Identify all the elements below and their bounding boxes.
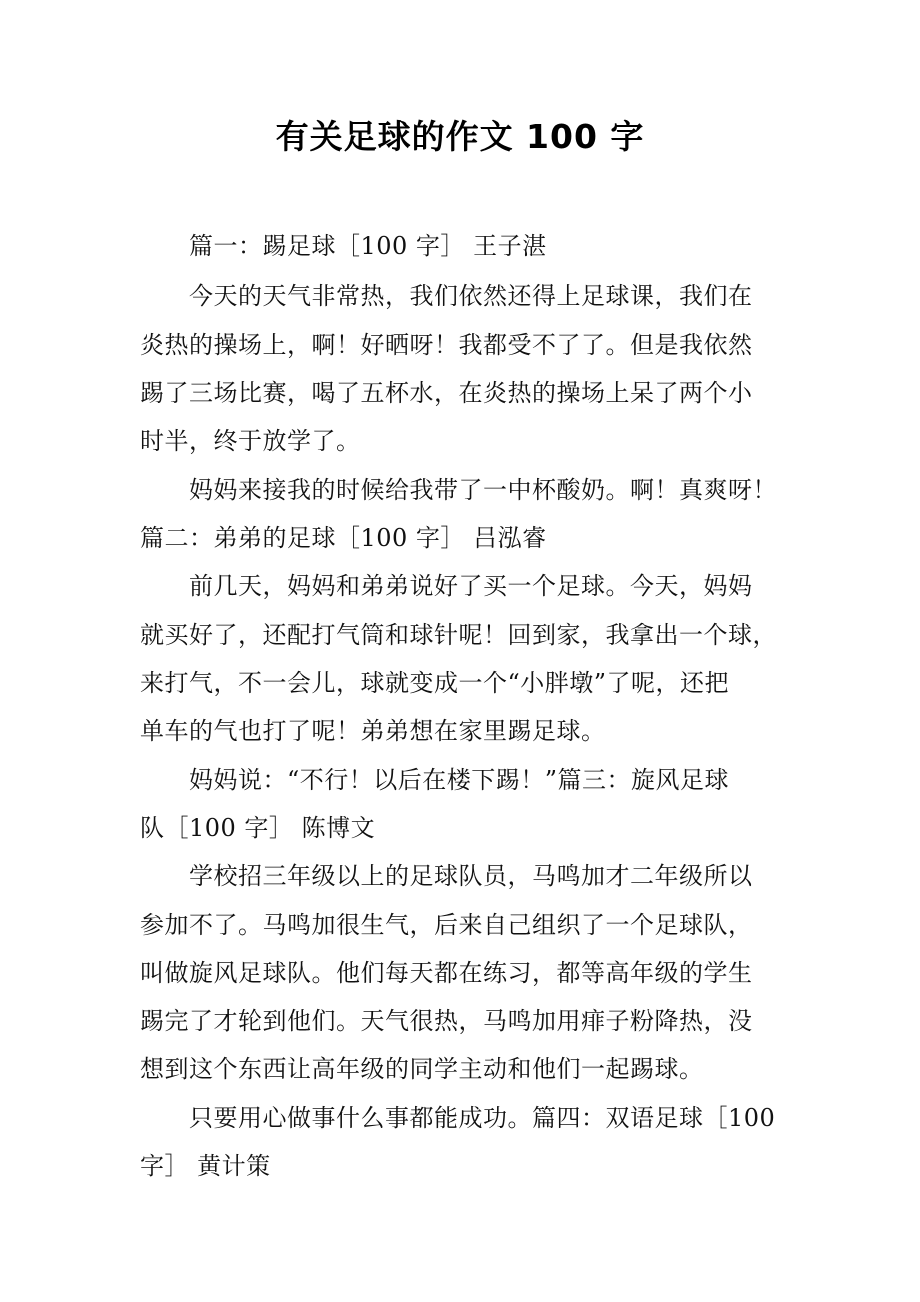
paragraph-line: 妈妈说：“不行！以后在楼下踢！”篇三：旋风足球 xyxy=(189,764,729,796)
paragraph-line: 就买好了，还配打气筒和球针呢！回到家，我拿出一个球， xyxy=(140,619,777,651)
document-page: 有关足球的作文 100 字 篇一：踢足球［100 字］ 王子湛 今天的天气非常热… xyxy=(0,0,920,1302)
heading-essay-2: 篇二：弟弟的足球［100 字］ 吕泓睿 xyxy=(140,522,547,554)
document-title: 有关足球的作文 100 字 xyxy=(0,112,920,162)
paragraph-line: 今天的天气非常热，我们依然还得上足球课，我们在 xyxy=(189,280,753,312)
paragraph-line: 踢了三场比赛，喝了五杯水，在炎热的操场上呆了两个小 xyxy=(140,377,753,409)
heading-essay-4: 字］ 黄计策 xyxy=(140,1150,271,1182)
heading-essay-1: 篇一：踢足球［100 字］ 王子湛 xyxy=(189,230,547,262)
paragraph-line: 参加不了。马鸣加很生气，后来自己组织了一个足球队， xyxy=(140,909,753,941)
paragraph-line: 炎热的操场上，啊！好晒呀！我都受不了了。但是我依然 xyxy=(140,329,753,361)
paragraph-line: 学校招三年级以上的足球队员，马鸣加才二年级所以 xyxy=(189,860,753,892)
paragraph-line: 只要用心做事什么事都能成功。篇四：双语足球［100 xyxy=(189,1102,775,1134)
paragraph-line: 来打气，不一会儿，球就变成一个“小胖墩”了呢，还把 xyxy=(140,667,729,699)
paragraph-line: 时半，终于放学了。 xyxy=(140,425,361,457)
paragraph-line: 前几天，妈妈和弟弟说好了买一个足球。今天，妈妈 xyxy=(189,570,753,602)
paragraph-line: 想到这个东西让高年级的同学主动和他们一起踢球。 xyxy=(140,1053,704,1085)
paragraph-line: 单车的气也打了呢！弟弟想在家里踢足球。 xyxy=(140,715,606,747)
paragraph-line: 踢完了才轮到他们。天气很热，马鸣加用痱子粉降热，没 xyxy=(140,1005,753,1037)
paragraph-line: 妈妈来接我的时候给我带了一中杯酸奶。啊！真爽呀！ xyxy=(189,474,777,506)
paragraph-line: 叫做旋风足球队。他们每天都在练习，都等高年级的学生 xyxy=(140,957,753,989)
heading-essay-3: 队［100 字］ 陈博文 xyxy=(140,812,375,844)
